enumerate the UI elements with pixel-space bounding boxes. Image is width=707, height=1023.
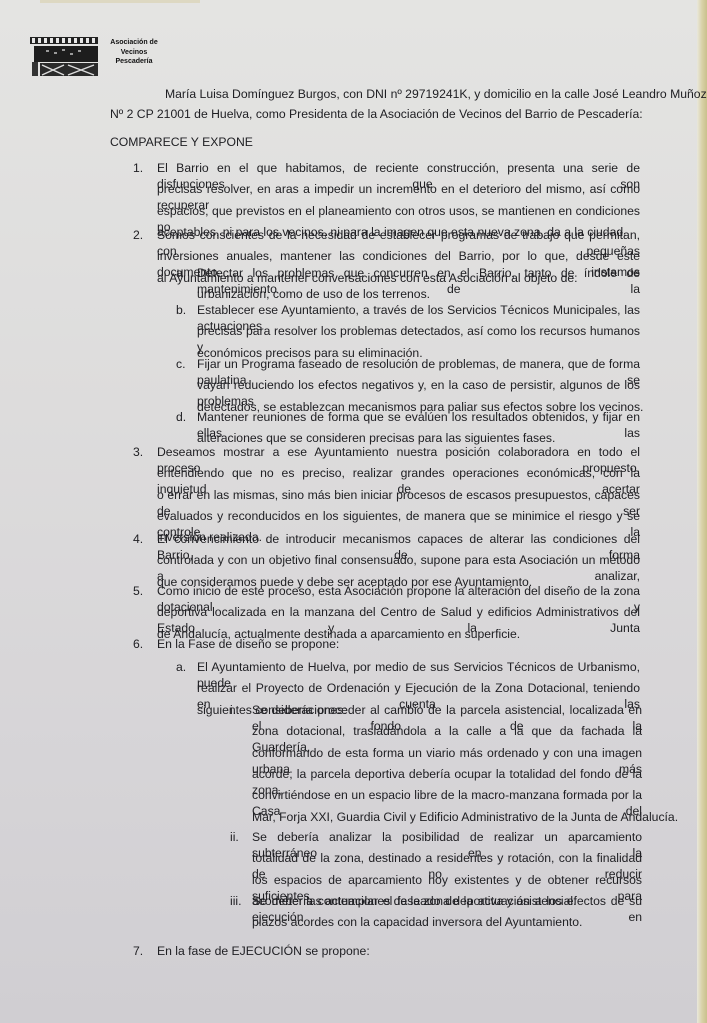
list-item-text-line: En la Fase de diseño se propone:	[157, 636, 339, 652]
logo-building-icon	[28, 35, 102, 77]
list-item-text-line: urbanización, como de uso de los terreno…	[197, 286, 430, 302]
list-item-number: 6.	[133, 636, 143, 652]
list-item-number: a.	[176, 265, 186, 281]
list-item-number: 3.	[133, 444, 143, 460]
logo-text: Asociación de Vecinos Pescadería	[104, 38, 164, 67]
page-edge-top	[40, 0, 200, 3]
list-item-number: c.	[176, 356, 185, 372]
page-edge-right	[697, 0, 707, 1023]
list-item-text-line: Mar, Forja XXI, Guardia Civil y Edificio…	[252, 809, 678, 825]
list-item-number: a.	[176, 659, 186, 675]
intro-line-2: Nº 2 CP 21001 de Huelva, como Presidenta…	[110, 106, 643, 122]
logo-line: Pescadería	[104, 57, 164, 67]
list-item-number: d.	[176, 409, 186, 425]
list-item-number: 1.	[133, 160, 143, 176]
logo-line: Asociación de	[104, 38, 164, 48]
intro-line-1: María Luisa Domínguez Burgos, con DNI nº…	[165, 86, 707, 102]
list-item-number: 7.	[133, 943, 143, 959]
list-item-number: b.	[176, 302, 186, 318]
list-item-number: i.	[230, 702, 236, 718]
section-heading: COMPARECE Y EXPONE	[110, 134, 253, 150]
list-item-number: ii.	[230, 829, 239, 845]
logo-line: Vecinos	[104, 48, 164, 58]
list-item-number: iii.	[230, 893, 242, 909]
list-item-number: 4.	[133, 531, 143, 547]
list-item-text-line: plazos acordes con la capacidad inversor…	[252, 914, 582, 930]
list-item-text-line: En la fase de EJECUCIÓN se propone:	[157, 943, 370, 959]
association-logo: Asociación de Vecinos Pescadería	[28, 30, 158, 78]
list-item-number: 2.	[133, 227, 143, 243]
list-item-number: 5.	[133, 583, 143, 599]
